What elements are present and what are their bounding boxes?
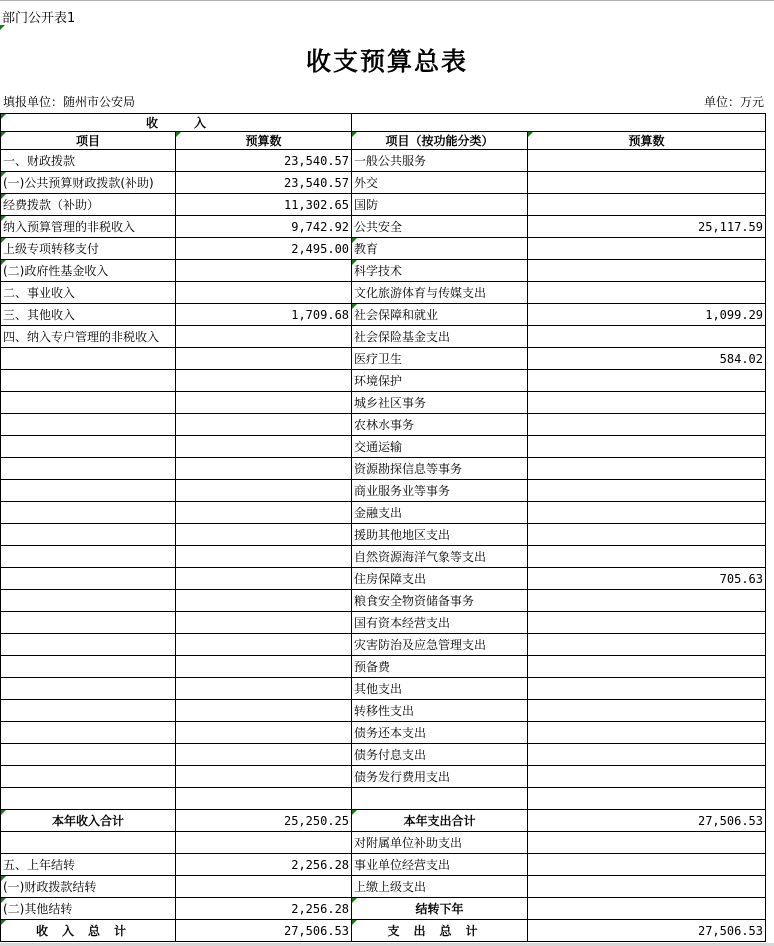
expense-amount-cell[interactable] (528, 700, 766, 722)
table-row: (二)政府性基金收入科学技术 (1, 260, 766, 282)
expense-item-cell[interactable]: 自然资源海洋气象等支出 (352, 546, 528, 568)
income-item-cell[interactable]: 四、纳入专户管理的非税收入 (1, 326, 176, 348)
expense-item-cell-text: 国防 (354, 198, 378, 212)
income-item-cell[interactable] (1, 568, 176, 590)
expense-item-cell-text: 文化旅游体育与传媒支出 (354, 286, 486, 300)
expense-item-cell-text: 公共安全 (354, 220, 402, 234)
income-item-cell[interactable]: (二)其他结转 (1, 898, 176, 920)
expense-item-cell[interactable]: 债务付息支出 (352, 744, 528, 766)
window-top-border (0, 0, 774, 1)
expense-item-cell[interactable]: 一般公共服务 (352, 150, 528, 172)
income-item-cell-text: 一、财政拨款 (3, 154, 75, 168)
expense-item-cell[interactable]: 对附属单位补助支出 (352, 832, 528, 854)
expense-amount-cell[interactable] (528, 458, 766, 480)
expense-item-cell[interactable]: 文化旅游体育与传媒支出 (352, 282, 528, 304)
income-amount-cell[interactable] (176, 634, 352, 656)
expense-item-cell[interactable]: 医疗卫生 (352, 348, 528, 370)
table-row: 环境保护 (1, 370, 766, 392)
income-amount-cell[interactable] (176, 502, 352, 524)
income-item-cell[interactable]: 本年收入合计 (1, 810, 176, 832)
comment-marker-icon (352, 898, 357, 903)
expense-item-cell[interactable]: 科学技术 (352, 260, 528, 282)
income-amount-cell[interactable] (176, 458, 352, 480)
income-item-cell[interactable] (1, 502, 176, 524)
table-row: 住房保障支出705.63 (1, 568, 766, 590)
expense-item-cell-text: 粮食安全物资储备事务 (354, 594, 474, 608)
expense-amount-cell[interactable] (528, 436, 766, 458)
expense-amount-cell-text: 584.02 (720, 352, 763, 366)
income-amount-cell[interactable]: 25,250.25 (176, 810, 352, 832)
comment-marker-icon (1, 920, 6, 925)
income-item-cell[interactable] (1, 524, 176, 546)
income-amount-cell[interactable] (176, 326, 352, 348)
income-amount-cell[interactable] (176, 480, 352, 502)
expense-item-cell-text: 结转下年 (416, 902, 464, 916)
expense-item-cell[interactable]: 灾害防治及应急管理支出 (352, 634, 528, 656)
income-item-cell-text: (一)公共预算财政拨款(补助) (3, 176, 154, 190)
expense-item-cell-text: 援助其他地区支出 (354, 528, 450, 542)
income-item-cell-text: 上级专项转移支付 (3, 242, 99, 256)
income-item-cell[interactable] (1, 832, 176, 854)
expense-amount-cell[interactable]: 1,099.29 (528, 304, 766, 326)
income-amount-cell[interactable] (176, 370, 352, 392)
income-amount-cell-text: 1,709.68 (291, 308, 349, 322)
expense-amount-cell-text: 1,099.29 (705, 308, 763, 322)
income-amount-cell[interactable] (176, 568, 352, 590)
expense-item-cell-text: 转移性支出 (354, 704, 414, 718)
income-amount-cell[interactable]: 27,506.53 (176, 920, 352, 942)
expense-amount-cell[interactable] (528, 612, 766, 634)
income-item-cell[interactable]: 五、上年结转 (1, 854, 176, 876)
expense-amount-cell[interactable] (528, 172, 766, 194)
expense-item-cell-text: 医疗卫生 (354, 352, 402, 366)
income-amount-cell-text: 27,506.53 (284, 924, 349, 938)
table-row: (二)其他结转2,256.28结转下年 (1, 898, 766, 920)
expense-amount-cell[interactable] (528, 238, 766, 260)
income-amount-header[interactable]: 预算数 (176, 132, 352, 150)
income-amount-cell[interactable]: 2,495.00 (176, 238, 352, 260)
expense-amount-cell[interactable] (528, 194, 766, 216)
income-item-cell[interactable] (1, 656, 176, 678)
table-row: 预备费 (1, 656, 766, 678)
expense-item-cell[interactable]: 交通运输 (352, 436, 528, 458)
expense-item-cell-text: 本年支出合计 (404, 814, 476, 828)
table-row: 二、事业收入文化旅游体育与传媒支出 (1, 282, 766, 304)
column-header-row: 项目 预算数 项目（按功能分类） 预算数 (1, 132, 766, 150)
income-amount-cell[interactable] (176, 260, 352, 282)
expense-amount-cell[interactable]: 27,506.53 (528, 810, 766, 832)
income-amount-cell[interactable]: 9,742.92 (176, 216, 352, 238)
table-row (1, 788, 766, 810)
income-item-cell[interactable] (1, 480, 176, 502)
table-row: 经费拨款（补助）11,302.65国防 (1, 194, 766, 216)
income-amount-cell[interactable] (176, 700, 352, 722)
expense-item-cell[interactable]: 社会保险基金支出 (352, 326, 528, 348)
comment-marker-icon (1, 194, 6, 199)
comment-marker-icon (352, 260, 357, 265)
income-item-cell-text: (一)财政拨款结转 (3, 880, 96, 894)
table-row: 三、其他收入1,709.68社会保障和就业1,099.29 (1, 304, 766, 326)
expense-amount-cell[interactable] (528, 150, 766, 172)
income-amount-cell[interactable] (176, 524, 352, 546)
expense-item-cell-text: 上缴上级支出 (354, 880, 426, 894)
expense-item-cell-text: 城乡社区事务 (354, 396, 426, 410)
table-row: 资源勘探信息等事务 (1, 458, 766, 480)
income-amount-cell-text: 2,495.00 (291, 242, 349, 256)
budget-table: 收 入 项目 预算数 项目（按功能分类） 预算数 一、财政拨款23,540.57… (0, 113, 766, 942)
expense-amount-cell[interactable] (528, 656, 766, 678)
table-row: 转移性支出 (1, 700, 766, 722)
expense-item-cell[interactable]: 农林水事务 (352, 414, 528, 436)
income-group-header[interactable]: 收 入 (1, 114, 352, 132)
expense-amount-cell[interactable] (528, 788, 766, 810)
income-amount-cell[interactable] (176, 656, 352, 678)
table-row: 上级专项转移支付2,495.00教育 (1, 238, 766, 260)
currency-unit: 单位：万元 (704, 93, 764, 110)
income-amount-cell[interactable]: 23,540.57 (176, 150, 352, 172)
table-row: 自然资源海洋气象等支出 (1, 546, 766, 568)
reporting-unit: 填报单位：随州市公安局 (3, 93, 135, 110)
income-item-cell-text: 四、纳入专户管理的非税收入 (3, 330, 159, 344)
income-amount-cell-text: 2,256.28 (291, 858, 349, 872)
expense-item-cell[interactable]: 资源勘探信息等事务 (352, 458, 528, 480)
expense-amount-cell[interactable] (528, 678, 766, 700)
expense-item-cell[interactable]: 预备费 (352, 656, 528, 678)
expense-amount-cell[interactable] (528, 370, 766, 392)
expense-amount-cell-text: 705.63 (720, 572, 763, 586)
expense-item-cell[interactable]: 粮食安全物资储备事务 (352, 590, 528, 612)
income-item-cell[interactable]: (一)公共预算财政拨款(补助) (1, 172, 176, 194)
table-row: 医疗卫生584.02 (1, 348, 766, 370)
income-item-cell[interactable]: 三、其他收入 (1, 304, 176, 326)
income-amount-cell[interactable] (176, 348, 352, 370)
comment-marker-icon (352, 238, 357, 243)
income-item-cell[interactable] (1, 722, 176, 744)
income-amount-cell[interactable] (176, 744, 352, 766)
comment-marker-icon (352, 810, 357, 815)
comment-marker-icon (352, 304, 357, 309)
expense-amount-cell[interactable] (528, 722, 766, 744)
income-item-cell[interactable]: 一、财政拨款 (1, 150, 176, 172)
income-amount-cell[interactable]: 23,540.57 (176, 172, 352, 194)
expense-amount-cell[interactable]: 705.63 (528, 568, 766, 590)
expense-item-cell[interactable]: 住房保障支出 (352, 568, 528, 590)
expense-amount-cell[interactable] (528, 766, 766, 788)
expense-amount-cell[interactable] (528, 546, 766, 568)
income-amount-cell-text: 2,256.28 (291, 902, 349, 916)
income-amount-cell[interactable] (176, 546, 352, 568)
income-amount-cell[interactable] (176, 678, 352, 700)
income-item-cell-text: 收入总计 (36, 924, 140, 938)
income-item-cell[interactable] (1, 392, 176, 414)
income-amount-cell-text: 11,302.65 (284, 198, 349, 212)
table-row: 债务发行费用支出 (1, 766, 766, 788)
expense-item-cell-text: 债务还本支出 (354, 726, 426, 740)
income-item-cell[interactable] (1, 414, 176, 436)
expense-item-cell[interactable]: 其他支出 (352, 678, 528, 700)
expense-amount-cell-text: 27,506.53 (698, 814, 763, 828)
income-item-cell-text: 五、上年结转 (3, 858, 75, 872)
income-amount-cell-text: 23,540.57 (284, 176, 349, 190)
table-row: 债务付息支出 (1, 744, 766, 766)
income-amount-cell[interactable] (176, 832, 352, 854)
expense-item-cell-text: 灾害防治及应急管理支出 (354, 638, 486, 652)
expense-amount-cell[interactable]: 584.02 (528, 348, 766, 370)
income-item-cell[interactable] (1, 436, 176, 458)
income-amount-cell[interactable]: 1,709.68 (176, 304, 352, 326)
expense-item-cell[interactable]: 金融支出 (352, 502, 528, 524)
comment-marker-icon (352, 132, 357, 137)
expense-item-cell[interactable]: 援助其他地区支出 (352, 524, 528, 546)
income-item-cell[interactable] (1, 788, 176, 810)
comment-marker-icon (1, 238, 6, 243)
expense-item-header[interactable]: 项目（按功能分类） (352, 132, 528, 150)
expense-item-cell[interactable]: 外交 (352, 172, 528, 194)
table-row: 灾害防治及应急管理支出 (1, 634, 766, 656)
expense-item-cell[interactable]: 国防 (352, 194, 528, 216)
expense-item-cell-text: 环境保护 (354, 374, 402, 388)
expense-item-cell[interactable]: 债务发行费用支出 (352, 766, 528, 788)
expense-item-cell[interactable] (352, 788, 528, 810)
income-item-cell[interactable]: 收入总计 (1, 920, 176, 942)
expense-item-cell[interactable]: 国有资本经营支出 (352, 612, 528, 634)
expense-item-cell-text: 其他支出 (354, 682, 402, 696)
expense-item-cell-text: 资源勘探信息等事务 (354, 462, 462, 476)
table-row: 粮食安全物资储备事务 (1, 590, 766, 612)
comment-marker-icon (1, 810, 6, 815)
comment-marker-icon (352, 920, 357, 925)
expense-item-cell-text: 商业服务业等事务 (354, 484, 450, 498)
expense-amount-cell-text: 27,506.53 (698, 924, 763, 938)
income-item-cell[interactable] (1, 370, 176, 392)
expense-item-cell-text: 社会保险基金支出 (354, 330, 450, 344)
expense-item-cell-text: 社会保障和就业 (354, 308, 438, 322)
expense-amount-cell[interactable] (528, 480, 766, 502)
expense-amount-cell[interactable] (528, 876, 766, 898)
income-item-cell[interactable]: 纳入预算管理的非税收入 (1, 216, 176, 238)
income-amount-cell[interactable] (176, 414, 352, 436)
income-amount-cell-text: 23,540.57 (284, 154, 349, 168)
expense-item-cell-text: 对附属单位补助支出 (354, 836, 462, 850)
comment-marker-icon (176, 132, 181, 137)
income-item-cell[interactable] (1, 458, 176, 480)
income-item-cell[interactable] (1, 678, 176, 700)
comment-marker-icon (1, 260, 6, 265)
comment-marker-icon (528, 132, 533, 137)
expense-item-cell[interactable]: 事业单位经营支出 (352, 854, 528, 876)
income-item-cell[interactable]: 经费拨款（补助） (1, 194, 176, 216)
income-item-cell-text: 本年收入合计 (52, 814, 124, 828)
expense-item-cell-text: 金融支出 (354, 506, 402, 520)
income-item-cell[interactable] (1, 612, 176, 634)
expense-item-cell[interactable]: 环境保护 (352, 370, 528, 392)
expense-amount-cell[interactable] (528, 414, 766, 436)
income-item-cell[interactable]: 上级专项转移支付 (1, 238, 176, 260)
expense-amount-cell[interactable]: 25,117.59 (528, 216, 766, 238)
expense-item-cell[interactable]: 上缴上级支出 (352, 876, 528, 898)
income-item-cell[interactable] (1, 634, 176, 656)
table-row: (一)财政拨款结转上缴上级支出 (1, 876, 766, 898)
table-row: 农林水事务 (1, 414, 766, 436)
income-item-cell-text: 二、事业收入 (3, 286, 75, 300)
income-amount-cell[interactable]: 2,256.28 (176, 898, 352, 920)
table-row: 四、纳入专户管理的非税收入社会保险基金支出 (1, 326, 766, 348)
expense-item-cell-text: 事业单位经营支出 (354, 858, 450, 872)
expense-amount-cell[interactable] (528, 832, 766, 854)
income-amount-cell[interactable] (176, 788, 352, 810)
income-amount-cell-text: 9,742.92 (291, 220, 349, 234)
expense-item-cell-text: 农林水事务 (354, 418, 414, 432)
expense-amount-cell[interactable] (528, 898, 766, 920)
group-header-row: 收 入 (1, 114, 766, 132)
income-item-cell-text: (二)政府性基金收入 (3, 264, 108, 278)
comment-marker-icon (1, 898, 6, 903)
expense-item-cell-text: 住房保障支出 (354, 572, 426, 586)
income-amount-cell[interactable] (176, 876, 352, 898)
income-amount-cell[interactable] (176, 590, 352, 612)
expense-item-cell[interactable]: 支出总计 (352, 920, 528, 942)
income-item-header[interactable]: 项目 (1, 132, 176, 150)
table-row: 对附属单位补助支出 (1, 832, 766, 854)
table-row: 城乡社区事务 (1, 392, 766, 414)
expense-item-cell-text: 交通运输 (354, 440, 402, 454)
income-item-cell[interactable] (1, 700, 176, 722)
expense-amount-cell[interactable] (528, 634, 766, 656)
income-item-cell-text: (二)其他结转 (3, 902, 72, 916)
income-item-cell[interactable]: (一)财政拨款结转 (1, 876, 176, 898)
table-row: 商业服务业等事务 (1, 480, 766, 502)
expense-item-cell-text: 科学技术 (354, 264, 402, 278)
income-amount-cell[interactable] (176, 612, 352, 634)
income-amount-cell[interactable] (176, 392, 352, 414)
income-item-cell[interactable] (1, 590, 176, 612)
income-amount-cell[interactable] (176, 766, 352, 788)
expense-amount-cell[interactable] (528, 392, 766, 414)
expense-item-cell-text: 教育 (354, 242, 378, 256)
expense-amount-cell-text: 25,117.59 (698, 220, 763, 234)
expense-item-cell-text: 自然资源海洋气象等支出 (354, 550, 486, 564)
expense-item-cell[interactable]: 城乡社区事务 (352, 392, 528, 414)
income-item-cell[interactable] (1, 546, 176, 568)
income-item-cell[interactable] (1, 766, 176, 788)
expense-item-cell-text: 国有资本经营支出 (354, 616, 450, 630)
expense-amount-cell[interactable] (528, 744, 766, 766)
table-row: 国有资本经营支出 (1, 612, 766, 634)
income-amount-cell[interactable]: 11,302.65 (176, 194, 352, 216)
table-row: 金融支出 (1, 502, 766, 524)
expense-item-cell[interactable]: 商业服务业等事务 (352, 480, 528, 502)
comment-marker-icon (0, 25, 5, 30)
income-item-cell-text: 经费拨款（补助） (3, 198, 99, 212)
expense-item-cell-text: 支出总计 (388, 924, 492, 938)
expense-amount-cell[interactable] (528, 326, 766, 348)
comment-marker-icon (1, 114, 6, 119)
income-amount-cell[interactable] (176, 282, 352, 304)
expense-item-cell[interactable]: 债务还本支出 (352, 722, 528, 744)
income-item-cell[interactable]: 二、事业收入 (1, 282, 176, 304)
table-row: 其他支出 (1, 678, 766, 700)
income-item-cell[interactable] (1, 744, 176, 766)
expense-amount-cell[interactable] (528, 282, 766, 304)
income-item-cell-text: 纳入预算管理的非税收入 (3, 220, 135, 234)
table-row: 本年收入合计25,250.25本年支出合计27,506.53 (1, 810, 766, 832)
income-item-cell-text: 三、其他收入 (3, 308, 75, 322)
expense-amount-cell[interactable] (528, 260, 766, 282)
table-row: 五、上年结转2,256.28事业单位经营支出 (1, 854, 766, 876)
table-row: (一)公共预算财政拨款(补助)23,540.57外交 (1, 172, 766, 194)
expense-item-cell[interactable]: 本年支出合计 (352, 810, 528, 832)
comment-marker-icon (1, 132, 6, 137)
income-amount-cell[interactable] (176, 436, 352, 458)
sheet-label: 部门公开表1 (2, 7, 75, 26)
income-amount-cell-text: 25,250.25 (284, 814, 349, 828)
comment-marker-icon (1, 876, 6, 881)
expense-amount-cell[interactable] (528, 590, 766, 612)
expense-item-cell[interactable]: 转移性支出 (352, 700, 528, 722)
page-title: 收支预算总表 (0, 42, 774, 78)
expense-item-cell[interactable]: 公共安全 (352, 216, 528, 238)
table-row: 收入总计27,506.53支出总计27,506.53 (1, 920, 766, 942)
table-row: 债务还本支出 (1, 722, 766, 744)
table-row: 交通运输 (1, 436, 766, 458)
expense-amount-cell[interactable] (528, 854, 766, 876)
expense-item-cell-text: 债务发行费用支出 (354, 770, 450, 784)
expense-item-cell[interactable]: 教育 (352, 238, 528, 260)
comment-marker-icon (1, 172, 6, 177)
expense-item-cell[interactable]: 结转下年 (352, 898, 528, 920)
expense-item-cell-text: 外交 (354, 176, 378, 190)
expense-item-cell-text: 预备费 (354, 660, 390, 674)
income-item-cell[interactable] (1, 348, 176, 370)
expense-amount-header[interactable]: 预算数 (528, 132, 766, 150)
expense-item-cell-text: 一般公共服务 (354, 154, 426, 168)
income-amount-cell[interactable] (176, 722, 352, 744)
expense-item-cell-text: 债务付息支出 (354, 748, 426, 762)
expense-amount-cell[interactable] (528, 502, 766, 524)
expense-group-header[interactable] (352, 114, 766, 132)
table-row: 纳入预算管理的非税收入9,742.92公共安全25,117.59 (1, 216, 766, 238)
expense-amount-cell[interactable]: 27,506.53 (528, 920, 766, 942)
comment-marker-icon (1, 216, 6, 221)
table-row: 援助其他地区支出 (1, 524, 766, 546)
income-item-cell[interactable]: (二)政府性基金收入 (1, 260, 176, 282)
table-row: 一、财政拨款23,540.57一般公共服务 (1, 150, 766, 172)
income-amount-cell[interactable]: 2,256.28 (176, 854, 352, 876)
expense-item-cell[interactable]: 社会保障和就业 (352, 304, 528, 326)
expense-amount-cell[interactable] (528, 524, 766, 546)
